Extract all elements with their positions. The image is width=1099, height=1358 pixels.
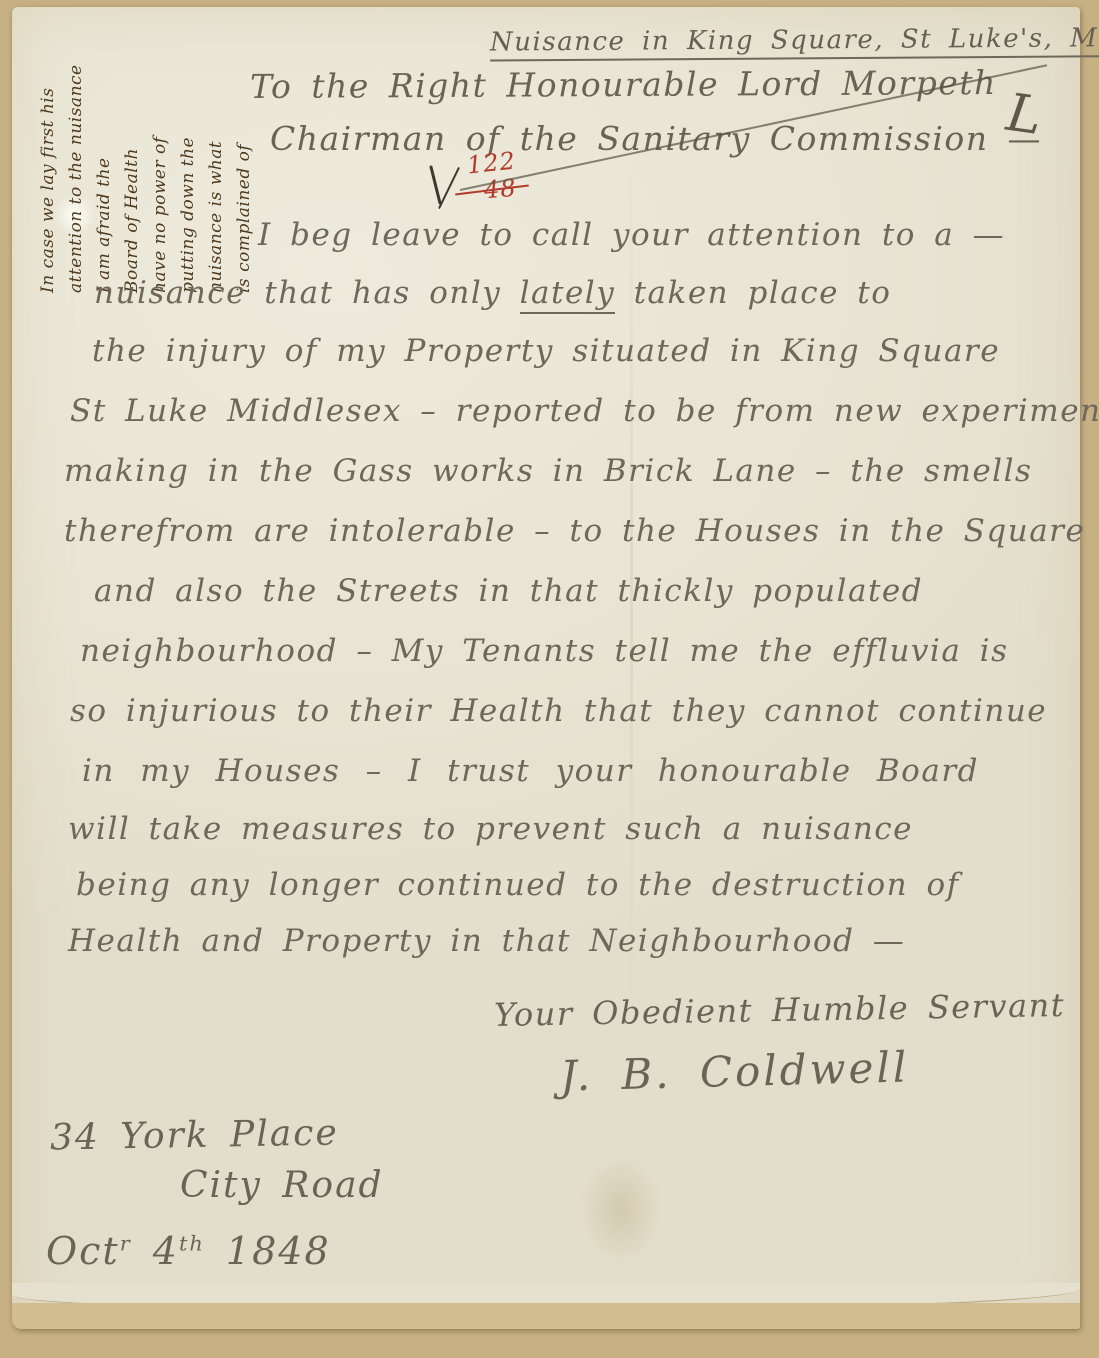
body-line: making in the Gass works in Brick Lane –… [64,453,1032,489]
body-line: will take measures to prevent such a nui… [68,811,913,847]
letter-page: Nuisance in King Square, St Luke's, Midd… [12,7,1080,1329]
body-line: and also the Streets in that thickly pop… [94,573,923,609]
date-sup: th [179,1231,205,1255]
body-line: so injurious to their Health that they c… [70,693,1047,729]
date-month: Oct [46,1229,120,1273]
body-line: therefrom are intolerable – to the House… [64,513,1085,549]
body-line-text: taken place to [615,275,891,311]
tick-mark [429,165,442,205]
body-line-text: nuisance that has only [94,275,520,311]
body-line: nuisance that has only lately taken plac… [94,275,891,311]
body-line: neighbourhood – My Tenants tell me the e… [80,633,1009,669]
margin-note-line: In case we lay first his [34,35,62,293]
body-line: St Luke Middlesex – reported to be from … [70,393,1099,429]
body-line: the injury of my Property situated in Ki… [92,333,1000,369]
margin-note-line: Board of Health [118,35,146,293]
date-sup: r [120,1231,132,1255]
docket-header: Nuisance in King Square, St Luke's, Midd… [490,22,1099,61]
date-day: 4 [132,1229,179,1273]
date-year: 1848 [205,1229,331,1273]
margin-note-line: nuisance is what [202,35,230,293]
margin-note-line: have no power of [146,35,174,293]
margin-note: In case we lay first his attention to th… [34,35,264,293]
margin-note-line: putting down the [174,35,202,293]
body-line: Health and Property in that Neighbourhoo… [68,923,905,959]
signature: J. B. Coldwell [559,1042,909,1100]
address-line2: City Road [180,1165,384,1206]
body-line: in my Houses – I trust your honourable B… [82,753,979,789]
paper-crease [630,127,633,1027]
margin-note-line: attention to the nuisance [62,35,90,293]
tick-mark [438,167,460,209]
valediction: Your Obedient Humble Servant [494,986,1066,1034]
margin-note-line: I am afraid the [90,35,118,293]
underlined-word: lately [520,275,616,314]
date-line: Octr 4th 1848 [46,1229,331,1273]
address-line1: 34 York Place [50,1112,339,1158]
body-line: being any longer continued to the destru… [76,867,960,903]
page-backing-edge [12,1303,1080,1329]
salutation-line2: Chairman of the Sanitary Commission — [270,119,1042,158]
